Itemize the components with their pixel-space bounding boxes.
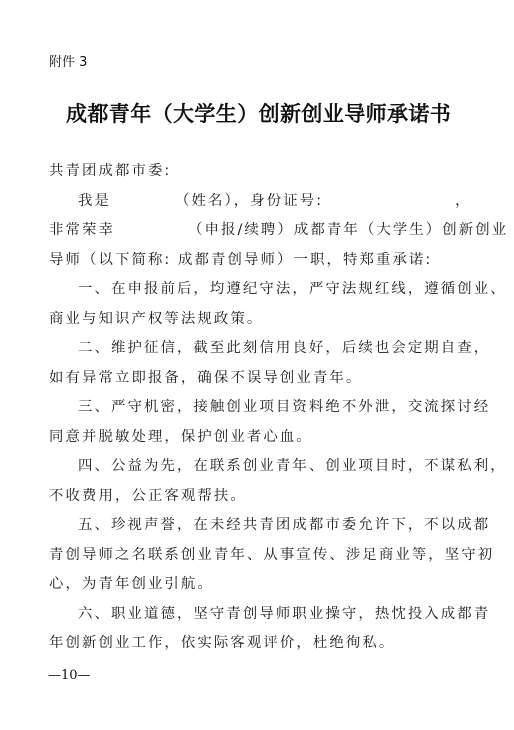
commitment-6-line-1: 六、职业道德，坚守青创导师职业操守，热忱投入成都青 (49, 603, 459, 633)
commitment-5-line-2: 青创导师之名联系创业青年、从事宣传、涉足商业等，坚守初 (49, 544, 459, 574)
commitment-5-line-1: 五、珍视声誉，在未经共青团成都市委允许下，不以成都 (49, 514, 459, 544)
commitment-2-line-2: 如有异常立即报备，确保不误导创业青年。 (49, 367, 459, 397)
intro-line-2: 非常荣幸（申报/续聘）成都青年（大学生）创新创业 (49, 219, 459, 249)
intro-line2-rest: （申报/续聘）成都青年（大学生）创新创业 (188, 222, 508, 238)
intro-prefix: 我是 (78, 193, 111, 209)
commitment-6-line-2: 年创新创业工作，依实际客观评价，杜绝徇私。 (49, 632, 459, 662)
intro-line-3: 导师（以下简称: 成都青创导师）一职，特郑重承诺: (49, 249, 459, 279)
commitment-4-line-1: 四、公益为先，在联系创业青年、创业项目时，不谋私利， (49, 455, 459, 485)
document-title: 成都青年（大学生）创新创业导师承诺书 (66, 98, 456, 128)
commitment-1-line-2: 商业与知识产权等法规政策。 (49, 308, 459, 338)
document-page: 附件 3 成都青年（大学生）创新创业导师承诺书 共青团成都市委: 我是（姓名），… (0, 0, 514, 730)
commitment-3-line-1: 三、严守机密，接触创业项目资料绝不外泄，交流探讨经 (49, 396, 459, 426)
commitment-2-line-1: 二、维护征信，截至此刻信用良好，后续也会定期自查， (49, 337, 459, 367)
commitment-4-line-2: 不收费用，公正客观帮扶。 (49, 485, 459, 515)
commitment-1-line-1: 一、在申报前后，均遵纪守法，严守法规红线，遵循创业、 (49, 278, 459, 308)
attachment-label: 附件 3 (49, 51, 87, 70)
commitment-5-line-3: 心，为青年创业引航。 (49, 573, 459, 603)
commitment-3-line-2: 同意并脱敏处理，保护创业者心血。 (49, 426, 459, 456)
intro-line-1: 我是（姓名），身份证号:， (49, 190, 459, 220)
intro-line2-prefix: 非常荣幸 (49, 222, 115, 238)
salutation: 共青团成都市委: (49, 160, 459, 190)
page-number: —10— (48, 668, 91, 683)
intro-suffix: ， (455, 193, 472, 209)
name-hint: （姓名），身份证号: (175, 193, 323, 209)
document-body: 共青团成都市委: 我是（姓名），身份证号:， 非常荣幸（申报/续聘）成都青年（大… (49, 160, 459, 662)
